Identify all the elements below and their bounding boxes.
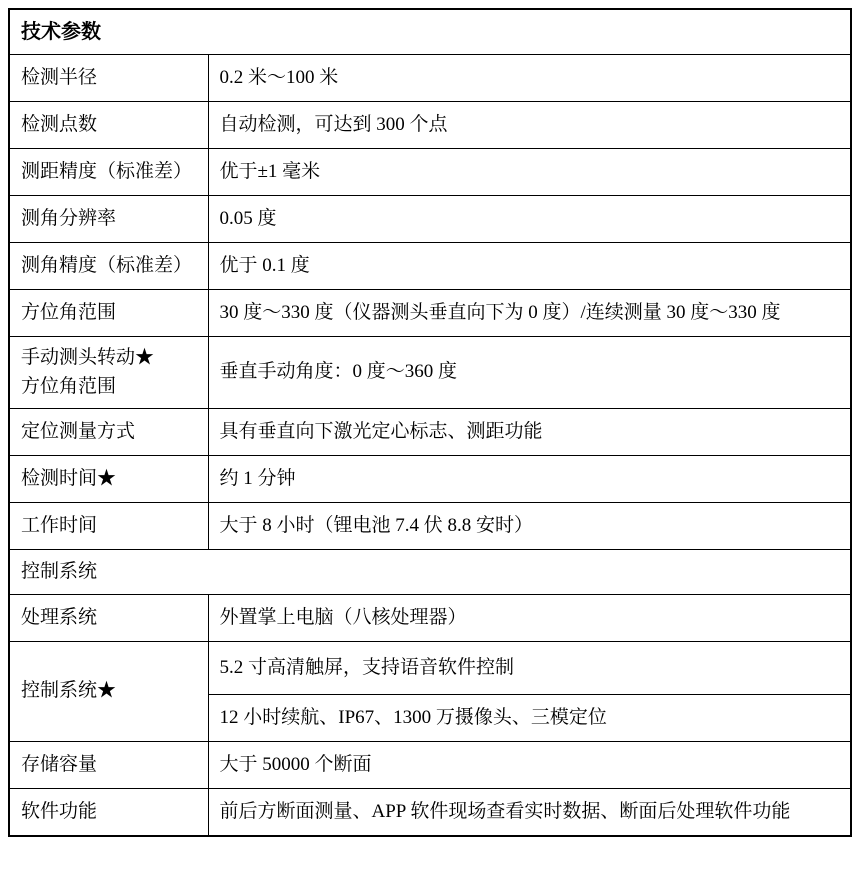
spec-label: 手动测头转动★ 方位角范围 bbox=[9, 337, 208, 409]
table-row: 检测半径 0.2 米～100 米 bbox=[9, 55, 851, 102]
spec-value: 优于 0.1 度 bbox=[208, 243, 851, 290]
table-row: 定位测量方式 具有垂直向下激光定心标志、测距功能 bbox=[9, 409, 851, 456]
table-row: 工作时间 大于 8 小时（锂电池 7.4 伏 8.8 安时） bbox=[9, 503, 851, 550]
spec-label: 工作时间 bbox=[9, 503, 208, 550]
document-page: 技术参数 检测半径 0.2 米～100 米 检测点数 自动检测，可达到 300 … bbox=[0, 0, 858, 880]
spec-value: 外置掌上电脑（八核处理器） bbox=[208, 595, 851, 642]
spec-label: 测距精度（标准差） bbox=[9, 149, 208, 196]
spec-value: 0.2 米～100 米 bbox=[208, 55, 851, 102]
spec-label: 存储容量 bbox=[9, 742, 208, 789]
table-row: 检测点数 自动检测，可达到 300 个点 bbox=[9, 102, 851, 149]
spec-value: 垂直手动角度：0 度～360 度 bbox=[208, 337, 851, 409]
table-row: 测角精度（标准差） 优于 0.1 度 bbox=[9, 243, 851, 290]
spec-label: 控制系统★ bbox=[9, 642, 208, 742]
spec-value: 具有垂直向下激光定心标志、测距功能 bbox=[208, 409, 851, 456]
spec-label: 检测点数 bbox=[9, 102, 208, 149]
spec-label: 测角精度（标准差） bbox=[9, 243, 208, 290]
table-row-section: 控制系统 bbox=[9, 550, 851, 595]
spec-label: 软件功能 bbox=[9, 789, 208, 837]
spec-value: 30 度～330 度（仪器测头垂直向下为 0 度）/连续测量 30 度～330 … bbox=[208, 290, 851, 337]
spec-value: 12 小时续航、IP67、1300 万摄像头、三模定位 bbox=[208, 695, 851, 742]
spec-label: 处理系统 bbox=[9, 595, 208, 642]
spec-value: 5.2 寸高清触屏，支持语音软件控制 bbox=[208, 642, 851, 695]
table-row: 测角分辨率 0.05 度 bbox=[9, 196, 851, 243]
section-header: 控制系统 bbox=[9, 550, 851, 595]
spec-value: 0.05 度 bbox=[208, 196, 851, 243]
spec-label: 定位测量方式 bbox=[9, 409, 208, 456]
spec-value: 前后方断面测量、APP 软件现场查看实时数据、断面后处理软件功能 bbox=[208, 789, 851, 837]
table-row: 测距精度（标准差） 优于±1 毫米 bbox=[9, 149, 851, 196]
spec-value: 大于 8 小时（锂电池 7.4 伏 8.8 安时） bbox=[208, 503, 851, 550]
table-row: 存储容量 大于 50000 个断面 bbox=[9, 742, 851, 789]
spec-table: 技术参数 检测半径 0.2 米～100 米 检测点数 自动检测，可达到 300 … bbox=[8, 8, 852, 837]
table-row: 处理系统 外置掌上电脑（八核处理器） bbox=[9, 595, 851, 642]
spec-label: 方位角范围 bbox=[9, 290, 208, 337]
spec-label: 检测半径 bbox=[9, 55, 208, 102]
table-row: 软件功能 前后方断面测量、APP 软件现场查看实时数据、断面后处理软件功能 bbox=[9, 789, 851, 837]
table-row: 手动测头转动★ 方位角范围 垂直手动角度：0 度～360 度 bbox=[9, 337, 851, 409]
table-row: 方位角范围 30 度～330 度（仪器测头垂直向下为 0 度）/连续测量 30 … bbox=[9, 290, 851, 337]
table-row-title: 技术参数 bbox=[9, 9, 851, 55]
spec-value: 大于 50000 个断面 bbox=[208, 742, 851, 789]
spec-label: 检测时间★ bbox=[9, 456, 208, 503]
table-row: 检测时间★ 约 1 分钟 bbox=[9, 456, 851, 503]
table-title: 技术参数 bbox=[9, 9, 851, 55]
table-row-group: 控制系统★ 5.2 寸高清触屏，支持语音软件控制 bbox=[9, 642, 851, 695]
spec-value: 优于±1 毫米 bbox=[208, 149, 851, 196]
spec-value: 自动检测，可达到 300 个点 bbox=[208, 102, 851, 149]
spec-value: 约 1 分钟 bbox=[208, 456, 851, 503]
spec-label: 测角分辨率 bbox=[9, 196, 208, 243]
